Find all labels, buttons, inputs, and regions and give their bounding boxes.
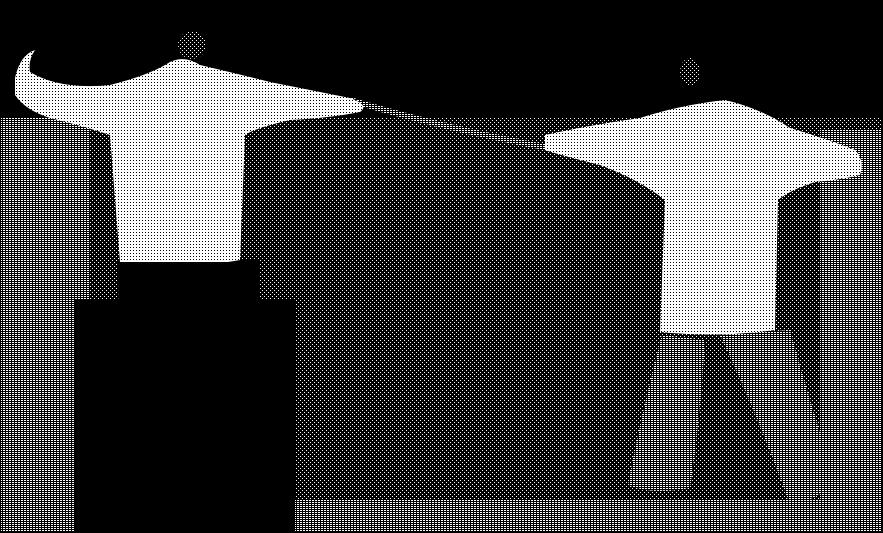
photograph: Dithered black-and-white halftone photog…	[0, 0, 883, 533]
halftone-photo	[0, 0, 883, 533]
